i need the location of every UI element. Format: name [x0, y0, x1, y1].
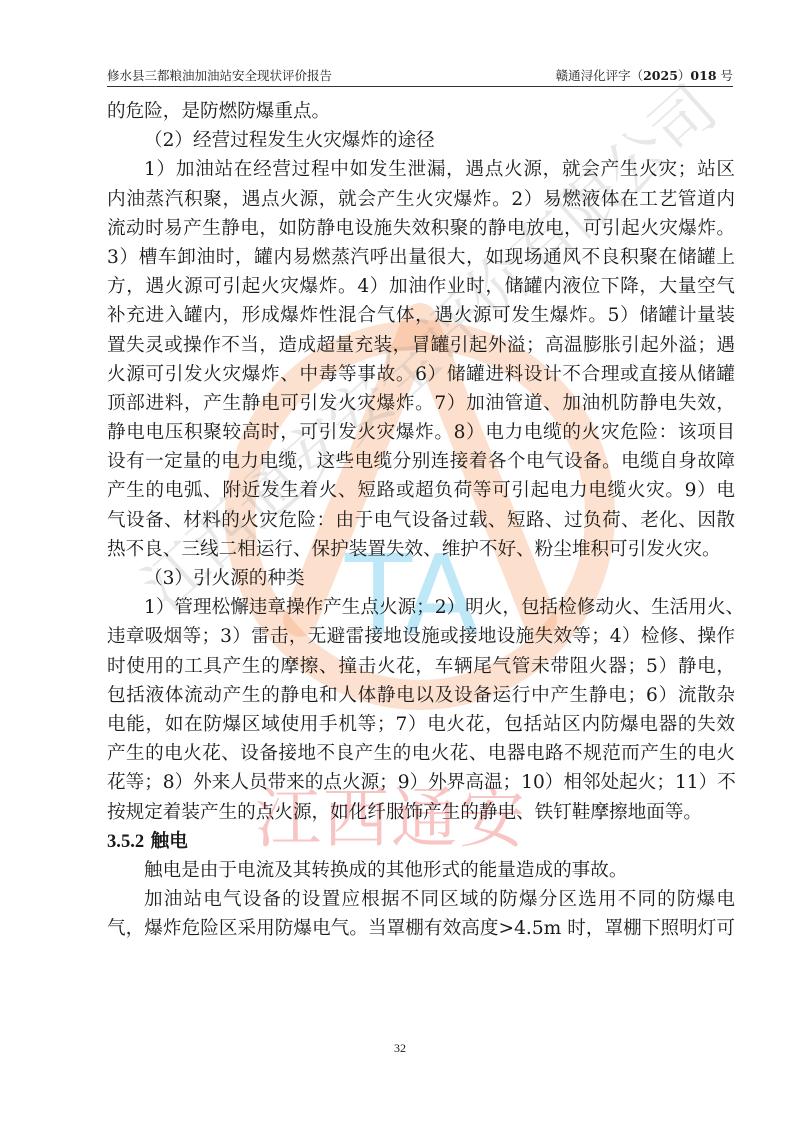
text-line: 违章吸烟等；3）雷击，无避雷接地设施或接地设施失效等；4）检修、操作 — [107, 622, 735, 651]
text-line: 的危险，是防燃防爆重点。 — [107, 97, 735, 126]
text-line: 包括液体流动产生的静电和人体静电以及设备运行中产生静电；6）流散杂 — [107, 681, 735, 710]
text-line: 产生的电火花、设备接地不良产生的电火花、电器电路不规范而产生的电火 — [107, 739, 735, 768]
text-line: （2）经营过程发生火灾爆炸的途径 — [107, 126, 735, 155]
text-line: 置失灵或操作不当，造成超量充装，冒罐引起外溢；高温膨胀引起外溢；遇 — [107, 331, 735, 360]
document-page: TA 江西通安安全评价有限公司 江西通安 修水县三都粮油加油站安全现状评价报告 … — [0, 0, 800, 1131]
text-line: 触电是由于电流及其转换成的其他形式的能量造成的事故。 — [107, 856, 735, 885]
page-number: 32 — [0, 1041, 800, 1056]
text-line: 顶部进料，产生静电可引发火灾爆炸。7）加油管道、加油机防静电失效， — [107, 389, 735, 418]
text-line: 花等；8）外来人员带来的点火源；9）外界高温；10）相邻处起火；11）不 — [107, 768, 735, 797]
text-line: 火源可引发火灾爆炸、中毒等事故。6）储罐进料设计不合理或直接从储罐 — [107, 360, 735, 389]
text-line: 静电电压积聚较高时，可引发火灾爆炸。8）电力电缆的火灾危险：该项目 — [107, 418, 735, 447]
text-line: 加油站电气设备的设置应根据不同区域的防爆分区选用不同的防爆电 — [107, 885, 735, 914]
report-title: 修水县三都粮油加油站安全现状评价报告 — [107, 66, 332, 86]
text-line: 气，爆炸危险区采用防爆电气。当罩棚有效高度>4.5m 时，罩棚下照明灯可 — [107, 914, 735, 943]
text-line: 热不良、三线二相运行、保护装置失效、维护不好、粉尘堆积可引发火灾。 — [107, 535, 735, 564]
text-line: 内油蒸汽积聚，遇点火源，就会产生火灾爆炸。2）易燃液体在工艺管道内 — [107, 185, 735, 214]
report-number: 赣通浔化评字（2025）018 号 — [556, 66, 733, 86]
document-body: 的危险，是防燃防爆重点。（2）经营过程发生火灾爆炸的途径1）加油站在经营过程中如… — [107, 97, 735, 943]
page-header: 修水县三都粮油加油站安全现状评价报告 赣通浔化评字（2025）018 号 — [107, 64, 733, 87]
text-line: 电能，如在防爆区域使用手机等；7）电火花，包括站区内防爆电器的失效 — [107, 710, 735, 739]
text-line: 1）管理松懈违章操作产生点火源；2）明火，包括检修动火、生活用火、 — [107, 593, 735, 622]
text-line: 3）槽车卸油时，罐内易燃蒸汽呼出量很大，如现场通风不良积聚在储罐上 — [107, 243, 735, 272]
text-line: 气设备、材料的火灾危险：由于电气设备过载、短路、过负荷、老化、因散 — [107, 506, 735, 535]
text-line: （3）引火源的种类 — [107, 564, 735, 593]
text-line: 按规定着装产生的点火源，如化纤服饰产生的静电、铁钉鞋摩擦地面等。 — [107, 798, 735, 827]
text-line: 产生的电弧、附近发生着火、短路或超负荷等可引起电力电缆火灾。9）电 — [107, 476, 735, 505]
text-line: 时使用的工具产生的摩擦、撞击火花，车辆尾气管未带阻火器；5）静电， — [107, 652, 735, 681]
text-line: 方，遇火源可引起火灾爆炸。4）加油作业时，储罐内液位下降，大量空气 — [107, 272, 735, 301]
text-line: 补充进入罐内，形成爆炸性混合气体，遇火源可发生爆炸。5）储罐计量装 — [107, 301, 735, 330]
text-line: 设有一定量的电力电缆，这些电缆分别连接着各个电气设备。电缆自身故障 — [107, 447, 735, 476]
text-line: 流动时易产生静电，如防静电设施失效积聚的静电放电，可引起火灾爆炸。 — [107, 214, 735, 243]
section-heading: 3.5.2 触电 — [107, 827, 735, 856]
text-line: 1）加油站在经营过程中如发生泄漏，遇点火源，就会产生火灾；站区 — [107, 155, 735, 184]
